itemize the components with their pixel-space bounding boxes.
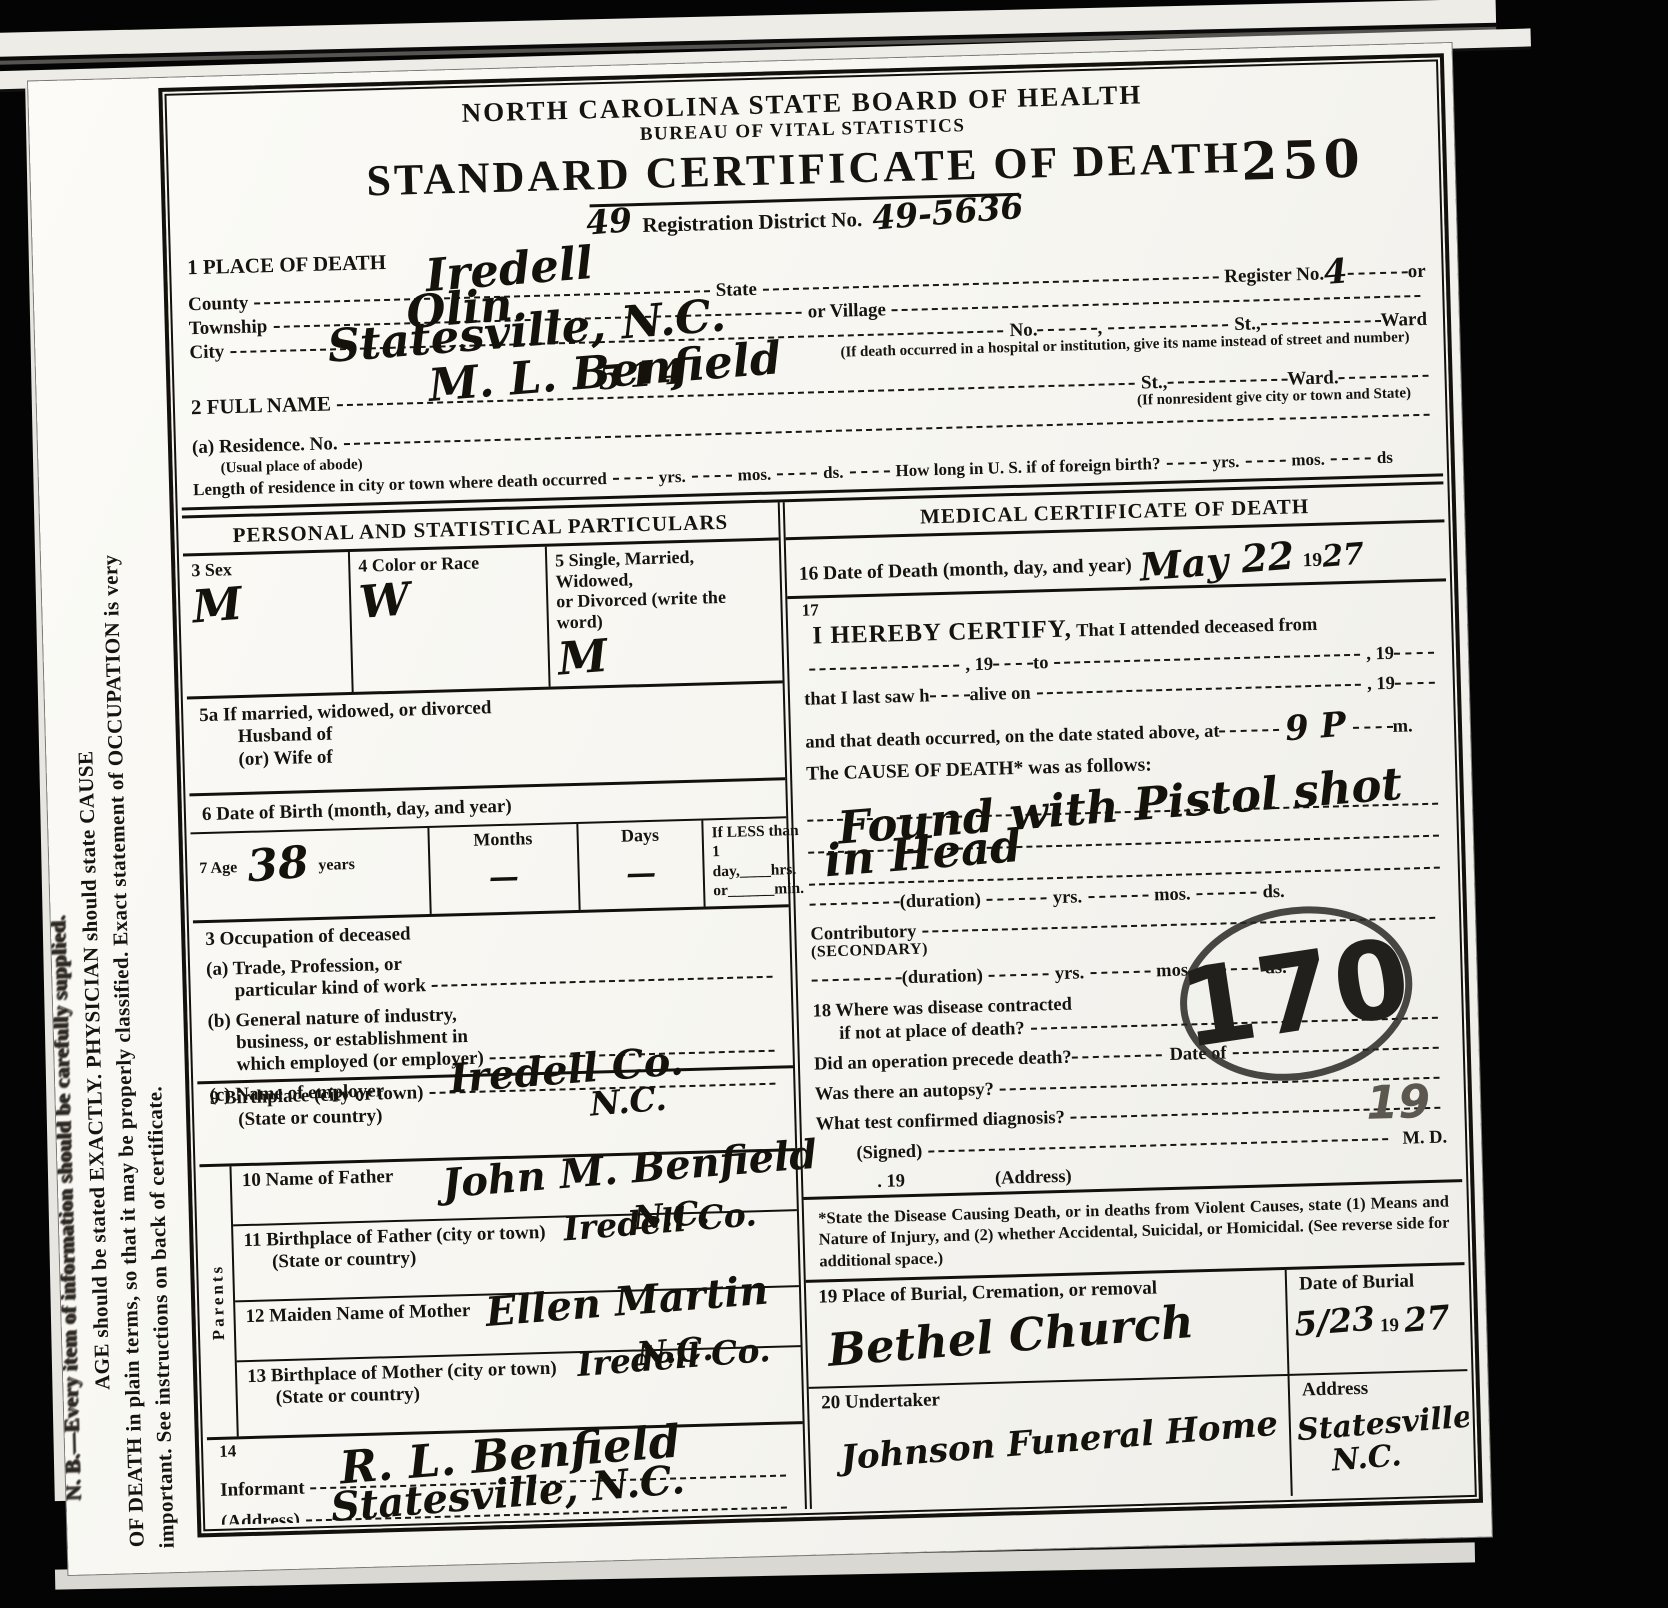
alive-on-label: alive on [969, 684, 1031, 707]
township-label: Township [189, 316, 268, 340]
registration-district-label: Registration District No. [642, 207, 862, 238]
place-of-burial-value: Bethel Church [826, 1299, 1195, 1373]
father-birthplace-state: N.C. [632, 1195, 711, 1234]
marital-label-line1: 5 Single, Married, Widowed, [555, 545, 772, 592]
duration-label: (duration) [899, 890, 981, 913]
informant-box: 14 Informant R. L. Benfield (Address) St… [207, 1424, 806, 1525]
undertaker-value: Johnson Funeral Home [840, 1407, 1280, 1476]
last-saw-label: that I last saw h [804, 686, 930, 710]
dashed-line [1090, 971, 1150, 975]
registration-district-value: 49-5636 [871, 190, 1025, 235]
race-label: 4 Color or Race [358, 551, 537, 577]
dashed-line [1167, 379, 1287, 384]
marital-value: M [556, 633, 609, 682]
ds-label: ds [1377, 448, 1394, 468]
printed-19: 19 [1302, 550, 1322, 573]
date-of-burial-cell: Date of Burial 5/23 19 27 [1287, 1265, 1468, 1376]
street-number-handwriting: 514 [597, 354, 692, 394]
yrs-label: yrs. [659, 467, 686, 488]
marital-label-line2: or Divorced (write the word) [556, 586, 773, 633]
birthplace-state-value: N.C. [589, 1081, 668, 1120]
parents-rows: 10 Name of Father John M. Benfield 11 Bi… [231, 1151, 802, 1436]
certificate-form: NORTH CAROLINA STATE BOARD OF HEALTH BUR… [158, 53, 1483, 1537]
comma-19: , 19 [965, 655, 993, 677]
months-value: — [438, 862, 570, 896]
less-line2: 1 day,____hrs. [712, 840, 804, 881]
ward-label: Ward [1380, 309, 1427, 332]
dashed-line [993, 663, 1033, 666]
dashed-line [1037, 684, 1361, 695]
dashed-line [812, 977, 902, 981]
dashed-line [1280, 414, 1430, 420]
age-cell: 7 Age 38 years [190, 828, 431, 920]
medical-certificate-column: MEDICAL CERTIFICATE OF DEATH 16 Date of … [785, 484, 1471, 1513]
register-no-label: Register No. [1224, 264, 1324, 289]
months-cell: Months — [429, 824, 580, 914]
dashed-line [1395, 682, 1435, 685]
married-widowed-divorced-box: 5a If married, widowed, or divorced Husb… [187, 683, 786, 796]
undertaker-address-line2: N.C. [1331, 1441, 1403, 1476]
dashed-line [1038, 328, 1098, 332]
city-label: City [189, 341, 224, 364]
mother-birthplace-state: N.C. [635, 1331, 714, 1370]
informant-address-label: (Address) [221, 1509, 300, 1525]
comma: , [1097, 318, 1102, 340]
dashed-line [892, 295, 1420, 311]
state-or-country-label: (State or country) [238, 1105, 383, 1131]
certification-block: 17 I HEREBY CERTIFY, That I attended dec… [787, 581, 1462, 1197]
where-contracted-line2: if not at place of death? [839, 1019, 1025, 1045]
autopsy-label: Was there an autopsy? [815, 1080, 995, 1106]
less-line1: If LESS than [711, 821, 802, 843]
dashed-line [1331, 457, 1371, 460]
address-19: . 19 [877, 1171, 905, 1193]
marital-cell: 5 Single, Married, Widowed, or Divorced … [547, 540, 783, 686]
yrs-label: yrs. [1212, 452, 1239, 473]
duration-label: (duration) [901, 966, 983, 989]
dashed-line [1394, 652, 1434, 655]
dashed-line [1261, 320, 1381, 325]
sex-label: 3 Sex [191, 556, 341, 581]
certificate-number-stamp: 250 [1240, 128, 1365, 192]
yrs-label: yrs. [1055, 963, 1085, 985]
date-of-burial-label: Date of Burial [1299, 1271, 1415, 1295]
or-village-label: or Village [807, 299, 886, 323]
dashed-line [1108, 324, 1228, 329]
dashed-line [777, 472, 817, 475]
comma-19: , 19 [1366, 644, 1394, 666]
dashed-line [1220, 729, 1280, 733]
st-label: St., [1141, 372, 1168, 395]
dashed-line [1245, 460, 1285, 463]
registration-prefix-handwriting: 49 [585, 203, 633, 240]
days-label: Days [586, 824, 694, 848]
dashed-line [763, 276, 1218, 290]
dashed-line [1339, 375, 1429, 379]
st-label: St., [1234, 313, 1261, 336]
scanned-death-certificate: N. B.—Every item of information should b… [0, 0, 1668, 1608]
dashed-line [432, 975, 773, 986]
pencil-19-mark: 19 [1365, 1074, 1430, 1130]
date-of-death-label: 16 Date of Death (month, day, and year) [799, 555, 1133, 586]
dashed-line [1348, 271, 1408, 275]
death-occurred-row: and that death occurred, on the date sta… [805, 703, 1437, 754]
certificate-paper: N. B.—Every item of information should b… [28, 43, 1492, 1575]
date-of-death-year: 27 [1321, 540, 1365, 573]
burial-right-column: Date of Burial 5/23 19 27 [1287, 1265, 1471, 1500]
mos-label: mos. [1291, 450, 1325, 471]
signed-label: (Signed) [856, 1142, 922, 1165]
mother-birthplace-row: 13 Birthplace of Mother (city or town) I… [237, 1345, 803, 1436]
full-name-label: 2 FULL NAME [191, 391, 332, 420]
burial-left-column: 19 Place of Burial, Cremation, or remova… [806, 1270, 1293, 1514]
certify-bold-text: I HEREBY CERTIFY, [812, 616, 1072, 650]
certify-rest-text: That I attended deceased from [1076, 615, 1318, 642]
address-label: (Address) [995, 1167, 1072, 1190]
sex-value: M [191, 580, 244, 629]
dashed-line [928, 1138, 1388, 1152]
mos-label: mos. [737, 465, 771, 486]
place-of-death-block: 1 PLACE OF DEATH County Iredell State Re… [175, 220, 1443, 501]
personal-particulars-column: PERSONAL AND STATISTICAL PARTICULARS 3 S… [182, 502, 812, 1525]
sex-cell: 3 Sex M [183, 552, 354, 696]
dashed-line [930, 694, 970, 697]
less-line3: or______min. [713, 879, 804, 901]
or-word: or [1407, 261, 1426, 283]
mother-name-label: 12 Maiden Name of Mother [245, 1300, 470, 1327]
burial-section: 19 Place of Burial, Cremation, or remova… [806, 1262, 1471, 1513]
register-no-value: 4 [1323, 254, 1349, 290]
county-label: County [188, 293, 249, 317]
informant-label: Informant [220, 1477, 305, 1501]
date-of-death-value: May 22 [1138, 536, 1295, 586]
dashed-line [849, 470, 889, 473]
ds-label: ds. [1262, 882, 1285, 904]
dashed-line [987, 897, 1047, 901]
m-label: m. [1392, 716, 1413, 738]
undertaker-address-label: Address [1302, 1378, 1369, 1401]
informant-address-row: (Address) Statesville, N.C. [221, 1496, 794, 1525]
race-value: W [358, 576, 412, 625]
ds-label: ds. [823, 463, 844, 484]
street-no-label: No. [1009, 319, 1038, 342]
dashed-line [810, 901, 900, 905]
race-cell: 4 Color or Race W [350, 547, 551, 692]
dashed-line [809, 665, 959, 671]
age-label: 7 Age [199, 859, 237, 878]
undertaker-label: 20 Undertaker [821, 1390, 940, 1414]
death-occurred-label: and that death occurred, on the date sta… [805, 722, 1220, 754]
form-columns: PERSONAL AND STATISTICAL PARTICULARS 3 S… [182, 484, 1471, 1525]
mos-label: mos. [1154, 884, 1191, 906]
parents-group: Parents 10 Name of Father John M. Benfie… [199, 1151, 802, 1440]
residence-label: (a) Residence. No. [192, 433, 338, 459]
sex-race-marital-row: 3 Sex M 4 Color or Race W 5 Single, Marr… [183, 540, 783, 699]
dashed-line [1054, 654, 1360, 664]
months-label: Months [437, 827, 569, 851]
days-cell: Days — [578, 820, 706, 909]
operation-label: Did an operation precede death? [814, 1048, 1072, 1076]
cause-of-death-lines: Found with Pistol shot in Head [807, 773, 1440, 886]
test-label: What test confirmed diagnosis? [815, 1108, 1065, 1136]
yrs-label: yrs. [1053, 887, 1083, 909]
parents-label-text: Parents [207, 1263, 229, 1340]
undertaker-cell: 20 Undertaker Johnson Funeral Home [809, 1376, 1291, 1514]
father-name-label: 10 Name of Father [242, 1166, 394, 1191]
date-of-burial-handwriting: 5/23 19 27 [1294, 1302, 1450, 1340]
dashed-line [1072, 1054, 1162, 1058]
form-content: NORTH CAROLINA STATE BOARD OF HEALTH BUR… [171, 66, 1471, 1526]
dashed-line [613, 477, 653, 480]
comma-19: , 19 [1367, 674, 1395, 696]
burial-date-day: 5/23 [1293, 1302, 1376, 1341]
md-label: M. D. [1402, 1128, 1447, 1150]
dashed-line [1353, 726, 1393, 729]
undertaker-address-cell: Address Statesville N.C. [1290, 1371, 1471, 1500]
dashed-line [1166, 462, 1206, 465]
age-value: 38 [245, 840, 310, 889]
years-label: years [318, 856, 355, 875]
printed-19: 19 [1380, 1315, 1400, 1337]
death-time-value: 9 P [1284, 708, 1348, 747]
to-label: to [1033, 653, 1049, 674]
dashed-line [989, 973, 1049, 977]
dashed-line [1088, 895, 1148, 899]
burial-date-year: 27 [1402, 1301, 1450, 1338]
days-value: — [587, 858, 695, 891]
dashed-line [1197, 892, 1257, 896]
ward-label: Ward. [1287, 367, 1339, 390]
dashed-line [692, 475, 732, 478]
place-of-burial-cell: 19 Place of Burial, Cremation, or remova… [806, 1270, 1288, 1389]
age-row: 7 Age 38 years Months — Days — [190, 818, 788, 923]
